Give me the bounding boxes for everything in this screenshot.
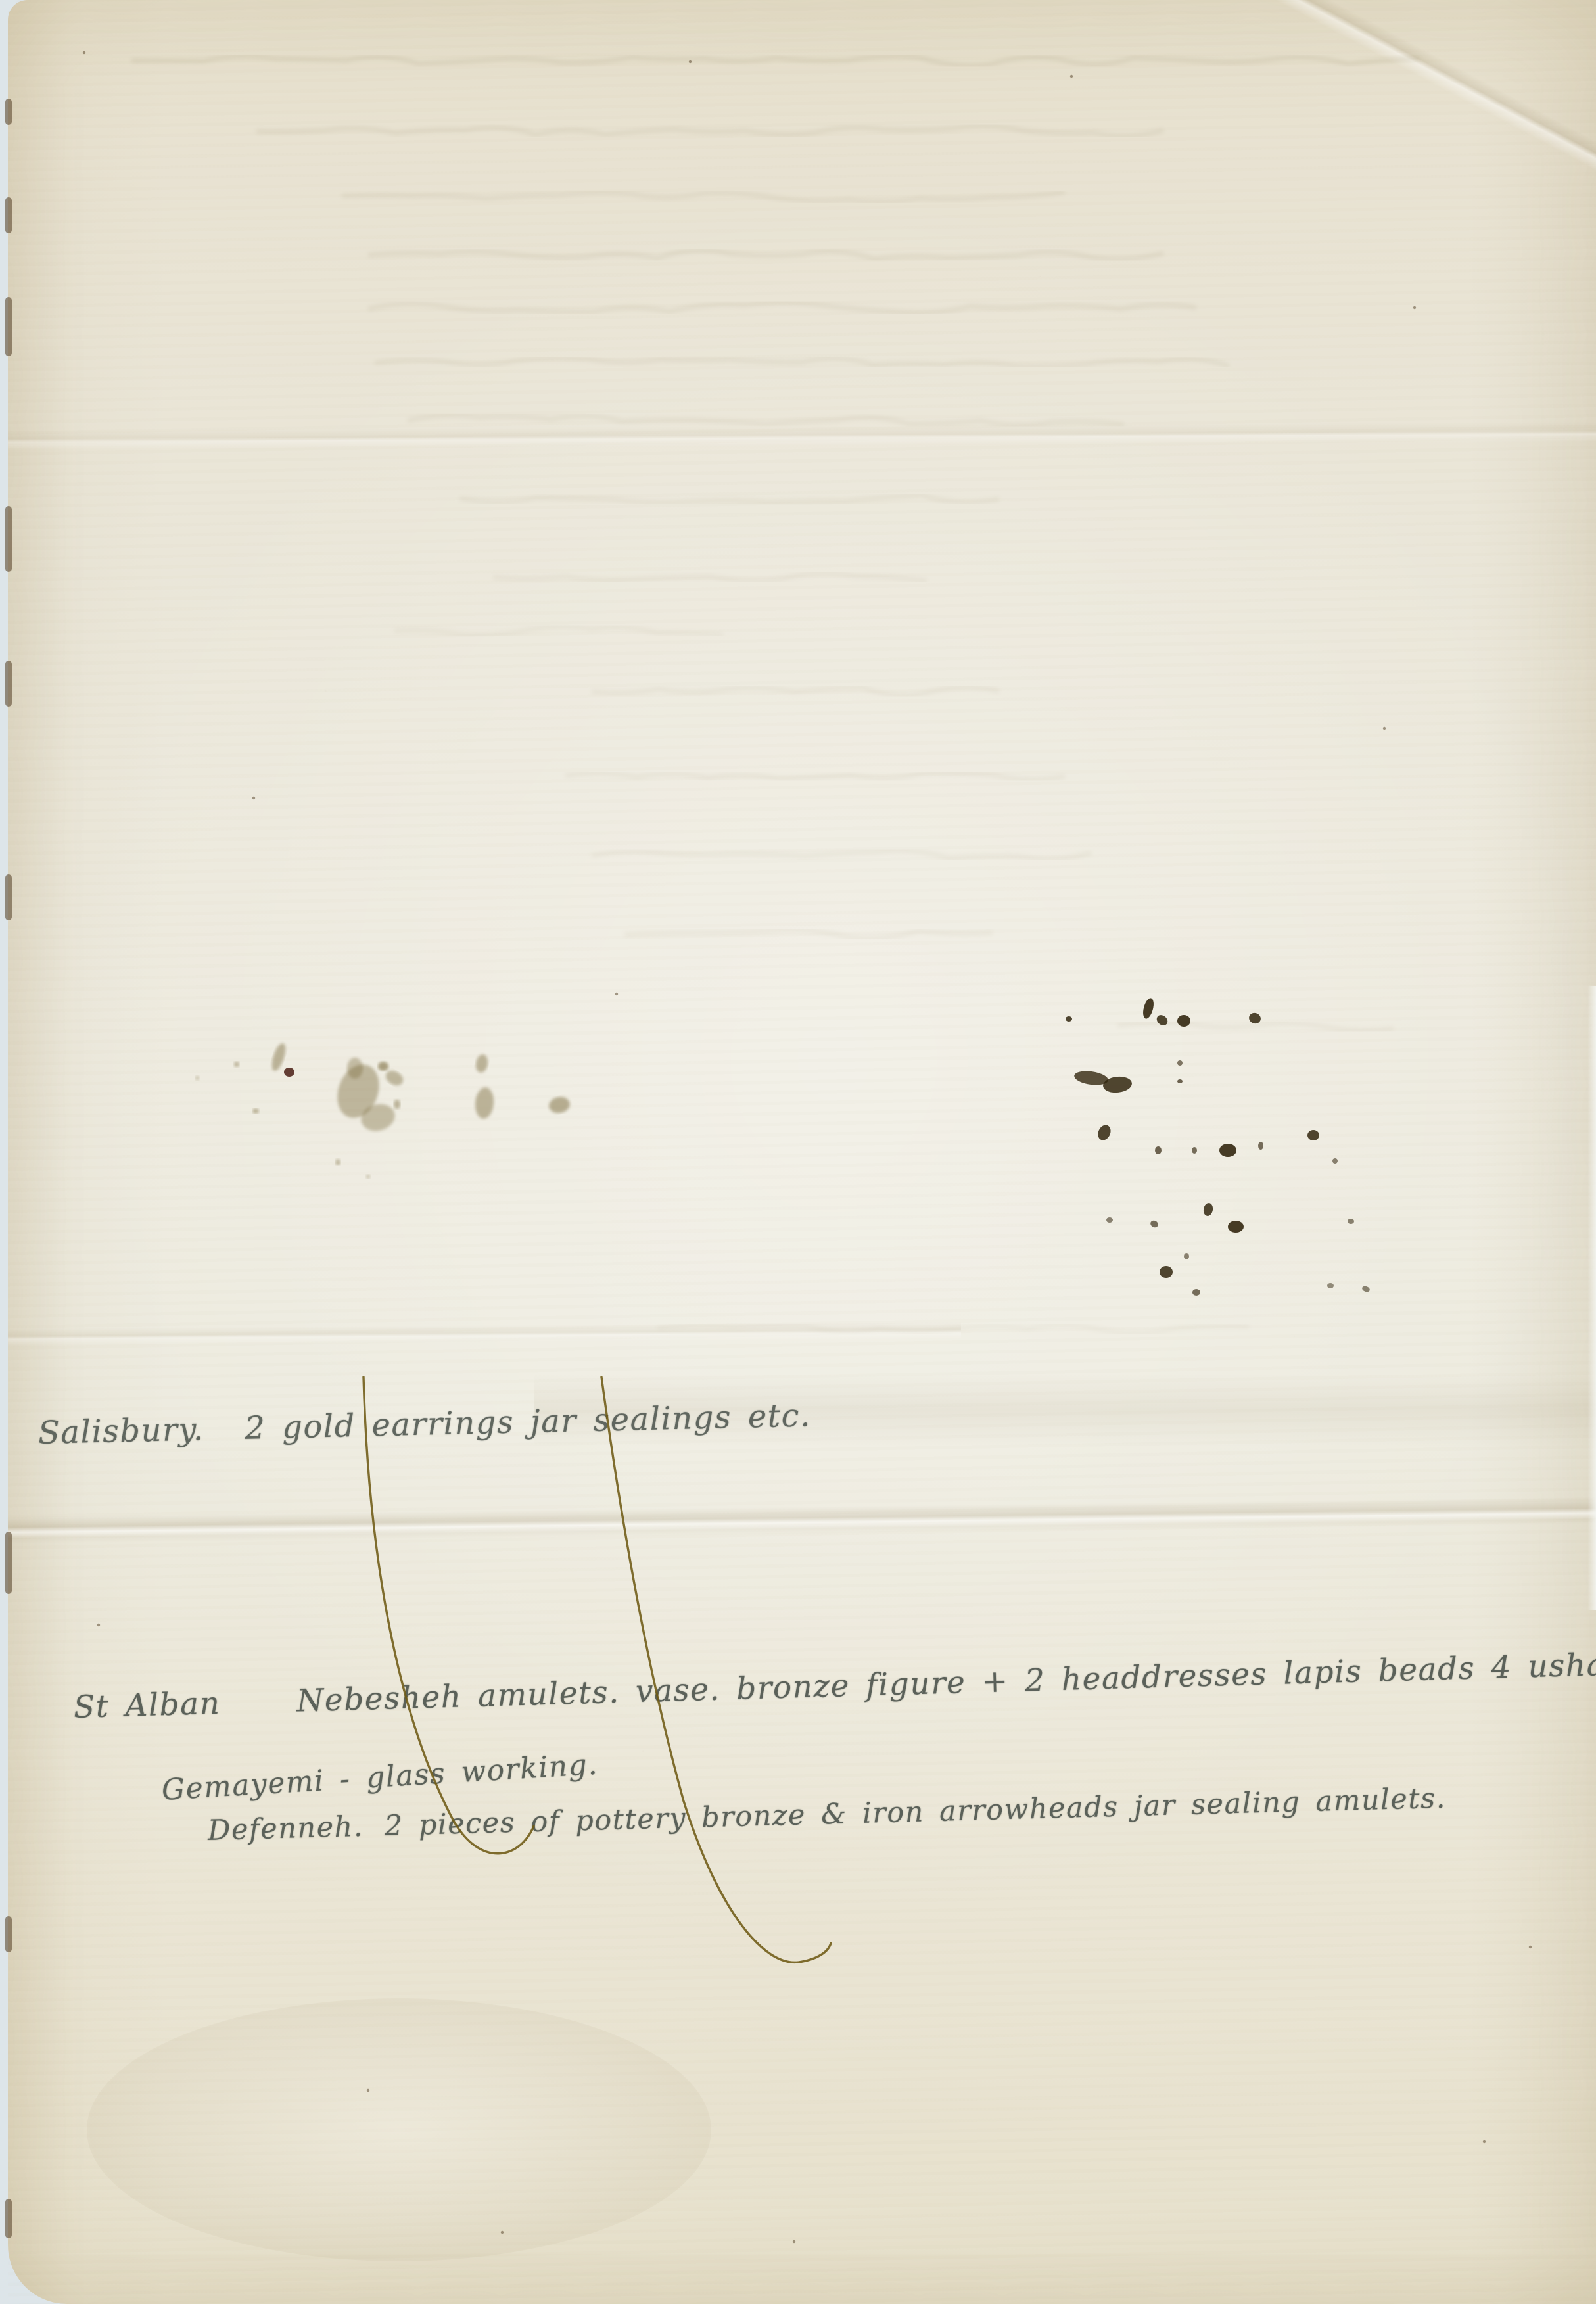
- scan-background: Salisbury.2 gold earrings jar sealings e…: [0, 0, 1596, 2304]
- hair-strokes: [0, 0, 1596, 2304]
- hair-stroke: [364, 1377, 534, 1854]
- hair-stroke: [601, 1377, 831, 1962]
